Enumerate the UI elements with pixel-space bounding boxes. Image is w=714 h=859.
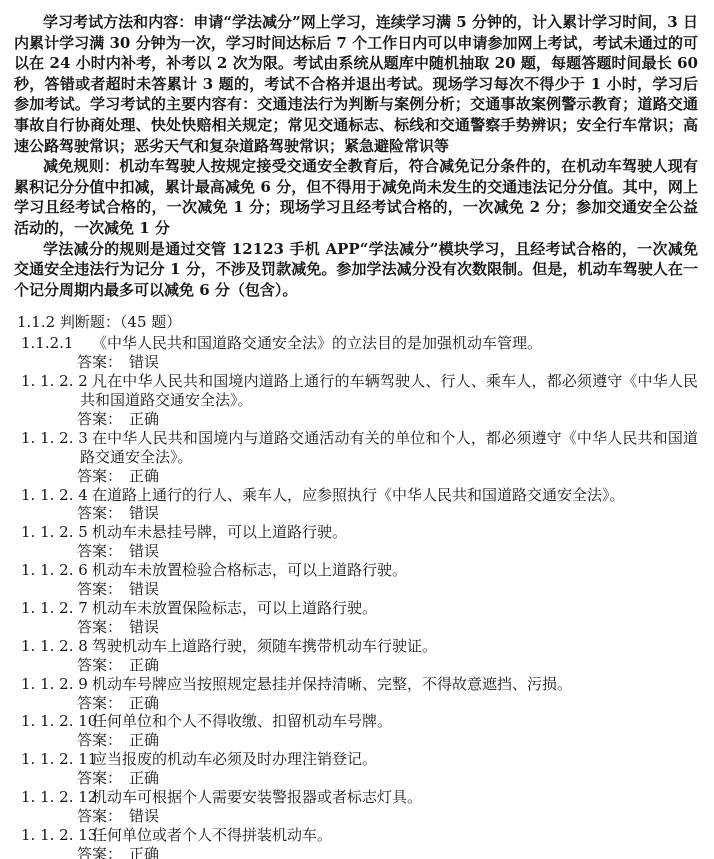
question-text: 机动车号牌应当按照规定悬挂并保持清晰、完整，不得故意遮挡、污损。 [92,675,572,693]
answer-label: 答案： [77,504,122,522]
question-number: 1. 1. 2. 12 [21,788,97,807]
question-number: 1. 1. 2. 11 [21,750,97,769]
question-text: 机动车未放置保险标志，可以上道路行驶。 [92,599,377,617]
question-line: 1.1.2.1《中华人民共和国道路交通安全法》的立法目的是加强机动车管理。 [14,334,698,353]
answer-label: 答案： [77,467,122,485]
question-number: 1. 1. 2. 8 [21,637,88,656]
answer-value: 正确 [129,731,159,749]
question-item-10: 1. 1. 2. 10任何单位和个人不得收缴、扣留机动车号牌。 答案：正确 [14,712,698,750]
answer-line: 答案：正确 [14,694,698,713]
question-text: 驾驶机动车上道路行驶，须随车携带机动车行驶证。 [92,637,437,655]
question-item-6: 1. 1. 2. 6机动车未放置检验合格标志，可以上道路行驶。 答案：错误 [14,561,698,599]
question-item-5: 1. 1. 2. 5机动车未悬挂号牌，可以上道路行驶。 答案：错误 [14,523,698,561]
question-line: 1. 1. 2. 5机动车未悬挂号牌，可以上道路行驶。 [14,523,698,542]
answer-value: 正确 [129,845,159,859]
answer-value: 错误 [129,807,159,825]
answer-label: 答案： [77,656,122,674]
question-item-8: 1. 1. 2. 8驾驶机动车上道路行驶，须随车携带机动车行驶证。 答案：正确 [14,637,698,675]
paragraph-reduction-rules: 减免规则：机动车驾驶人按规定接受交通安全教育后，符合减免记分条件的，在机动车驾驶… [14,156,698,238]
question-number: 1. 1. 2. 4 [21,486,88,505]
section-heading-judgment-questions: 1.1.2 判断题：（45 题） [17,313,698,332]
question-item-12: 1. 1. 2. 12机动车可根据个人需要安装警报器或者标志灯具。 答案：错误 [14,788,698,826]
question-text: 机动车未放置检验合格标志，可以上道路行驶。 [92,561,407,579]
question-text: 应当报废的机动车必须及时办理注销登记。 [92,750,377,768]
question-item-1: 1.1.2.1《中华人民共和国道路交通安全法》的立法目的是加强机动车管理。 答案… [14,334,698,372]
question-item-7: 1. 1. 2. 7机动车未放置保险标志，可以上道路行驶。 答案：错误 [14,599,698,637]
question-line: 1. 1. 2. 11应当报废的机动车必须及时办理注销登记。 [14,750,698,769]
question-line: 1. 1. 2. 13任何单位或者个人不得拼装机动车。 [14,826,698,845]
answer-label: 答案： [77,845,122,859]
answer-value: 错误 [129,580,159,598]
answer-line: 答案：错误 [14,542,698,561]
answer-value: 错误 [129,504,159,522]
question-text: 凡在中华人民共和国境内道路上通行的车辆驾驶人、行人、乘车人，都必须遵守《中华人民… [80,372,698,409]
question-text: 机动车未悬挂号牌，可以上道路行驶。 [92,523,347,541]
question-text: 机动车可根据个人需要安装警报器或者标志灯具。 [92,788,422,806]
answer-line: 答案：正确 [14,769,698,788]
question-line: 1. 1. 2. 7机动车未放置保险标志，可以上道路行驶。 [14,599,698,618]
question-number: 1. 1. 2. 5 [21,523,88,542]
answer-value: 正确 [129,410,159,428]
question-line: 1. 1. 2. 4在道路上通行的行人、乘车人，应参照执行《中华人民共和国道路交… [14,486,698,505]
answer-line: 答案：错误 [14,807,698,826]
question-item-3: 1. 1. 2. 3在中华人民共和国境内与道路交通活动有关的单位和个人，都必须遵… [14,429,698,486]
answer-label: 答案： [77,807,122,825]
question-text: 在中华人民共和国境内与道路交通活动有关的单位和个人，都必须遵守《中华人民共和国道… [80,429,698,466]
answer-line: 答案：错误 [14,580,698,599]
question-number: 1. 1. 2. 10 [21,712,97,731]
question-list: 1.1.2.1《中华人民共和国道路交通安全法》的立法目的是加强机动车管理。 答案… [14,334,698,859]
answer-line: 答案：正确 [14,845,698,859]
question-text: 《中华人民共和国道路交通安全法》的立法目的是加强机动车管理。 [92,334,542,352]
answer-line: 答案：正确 [14,410,698,429]
answer-label: 答案： [77,694,122,712]
answer-label: 答案： [77,580,122,598]
paragraph-xuefa-jianfen-rules: 学法减分的规则是通过交管 12123 手机 APP“学法减分”模块学习，且经考试… [14,239,698,301]
question-item-9: 1. 1. 2. 9机动车号牌应当按照规定悬挂并保持清晰、完整，不得故意遮挡、污… [14,675,698,713]
answer-line: 答案：错误 [14,504,698,523]
question-number: 1. 1. 2. 2 [21,372,88,391]
answer-line: 答案：正确 [14,731,698,750]
question-number: 1. 1. 2. 7 [21,599,88,618]
answer-value: 错误 [129,353,159,371]
answer-label: 答案： [77,542,122,560]
question-number: 1. 1. 2. 13 [21,826,97,845]
answer-label: 答案： [77,618,122,636]
answer-label: 答案： [77,410,122,428]
answer-value: 正确 [129,694,159,712]
question-text: 任何单位或者个人不得拼装机动车。 [92,826,332,844]
answer-label: 答案： [77,353,122,371]
question-item-2: 1. 1. 2. 2凡在中华人民共和国境内道路上通行的车辆驾驶人、行人、乘车人，… [14,372,698,429]
paragraph-study-exam-method: 学习考试方法和内容：申请“学法减分”网上学习，连续学习满 5 分钟的，计入累计学… [14,12,698,156]
question-number: 1.1.2.1 [21,334,73,353]
question-item-13: 1. 1. 2. 13任何单位或者个人不得拼装机动车。 答案：正确 [14,826,698,859]
question-number: 1. 1. 2. 3 [21,429,88,448]
question-line: 1. 1. 2. 12机动车可根据个人需要安装警报器或者标志灯具。 [14,788,698,807]
answer-line: 答案：正确 [14,467,698,486]
answer-line: 答案：错误 [14,618,698,637]
answer-value: 正确 [129,656,159,674]
answer-value: 正确 [129,467,159,485]
question-number: 1. 1. 2. 9 [21,675,88,694]
question-line: 1. 1. 2. 6机动车未放置检验合格标志，可以上道路行驶。 [14,561,698,580]
document-page: 学习考试方法和内容：申请“学法减分”网上学习，连续学习满 5 分钟的，计入累计学… [0,0,714,859]
question-number: 1. 1. 2. 6 [21,561,88,580]
answer-value: 错误 [129,618,159,636]
question-text: 在道路上通行的行人、乘车人，应参照执行《中华人民共和国道路交通安全法》。 [92,486,625,504]
question-item-4: 1. 1. 2. 4在道路上通行的行人、乘车人，应参照执行《中华人民共和国道路交… [14,486,698,524]
question-line: 1. 1. 2. 9机动车号牌应当按照规定悬挂并保持清晰、完整，不得故意遮挡、污… [14,675,698,694]
question-line: 1. 1. 2. 8驾驶机动车上道路行驶，须随车携带机动车行驶证。 [14,637,698,656]
question-line: 1. 1. 2. 2凡在中华人民共和国境内道路上通行的车辆驾驶人、行人、乘车人，… [14,372,698,410]
question-item-11: 1. 1. 2. 11应当报废的机动车必须及时办理注销登记。 答案：正确 [14,750,698,788]
answer-label: 答案： [77,769,122,787]
question-line: 1. 1. 2. 10任何单位和个人不得收缴、扣留机动车号牌。 [14,712,698,731]
question-line: 1. 1. 2. 3在中华人民共和国境内与道路交通活动有关的单位和个人，都必须遵… [14,429,698,467]
answer-line: 答案：错误 [14,353,698,372]
answer-label: 答案： [77,731,122,749]
answer-value: 正确 [129,769,159,787]
answer-value: 错误 [129,542,159,560]
answer-line: 答案：正确 [14,656,698,675]
intro-section: 学习考试方法和内容：申请“学法减分”网上学习，连续学习满 5 分钟的，计入累计学… [14,12,698,300]
question-text: 任何单位和个人不得收缴、扣留机动车号牌。 [92,712,392,730]
